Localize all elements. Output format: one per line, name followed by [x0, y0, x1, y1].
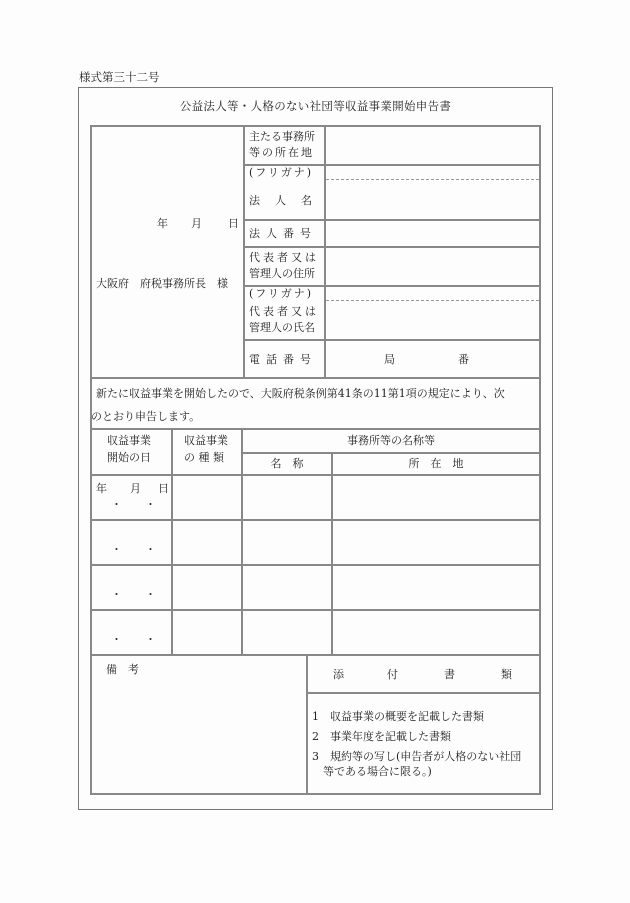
office-name-input[interactable]	[243, 520, 331, 564]
corp-furigana-label: (フリガナ)	[249, 165, 313, 180]
attachments-header-char: 添	[333, 667, 344, 682]
start-date-input[interactable]	[91, 520, 171, 564]
rep-furigana-label: (フリガナ)	[249, 286, 313, 301]
corp-number-input[interactable]	[326, 220, 539, 246]
date-year-label: 年	[157, 216, 168, 231]
office-name-input[interactable]	[243, 610, 331, 654]
attachments-header-char: 書	[444, 667, 455, 682]
rep-name-input[interactable]	[326, 302, 539, 339]
col-start-date-label-1: 収益事業	[107, 433, 151, 448]
start-date-input[interactable]	[91, 475, 171, 519]
start-date-input[interactable]	[91, 565, 171, 609]
corp-name-label: 法 人 名	[249, 193, 314, 208]
corp-number-label: 法人番号	[249, 226, 317, 241]
col-office-group-label: 事務所等の名称等	[242, 433, 540, 448]
attachment-item-1: 1 収益事業の概要を記載した書類	[312, 709, 484, 724]
date-month-label: 月	[191, 216, 202, 231]
phone-label: 電話番号	[249, 352, 317, 367]
corp-furigana-input[interactable]	[326, 165, 539, 179]
rep-address-label-1: 代表者又は	[249, 250, 319, 265]
form-title: 公益法人等・人格のない社団等収益事業開始申告書	[78, 98, 553, 114]
attachments-header-char: 付	[387, 667, 398, 682]
attachments-header-char: 類	[501, 667, 512, 682]
rep-name-label-1: 代表者又は	[249, 304, 319, 319]
attachment-item-2: 2 事業年度を記載した書類	[312, 729, 451, 744]
col-type-label-2: の 種 類	[184, 450, 224, 465]
office-location-input[interactable]	[333, 565, 539, 609]
business-type-input[interactable]	[173, 520, 241, 564]
office-location-input[interactable]	[333, 475, 539, 519]
attachment-item-3: 3 規約等の写し(申告者が人格のない社団	[312, 749, 521, 764]
form-number: 様式第三十二号	[79, 69, 160, 85]
rep-furigana-input[interactable]	[326, 286, 539, 300]
rep-name-label-2: 管理人の氏名	[249, 320, 315, 335]
addressee: 大阪府 府税事務所長 様	[96, 276, 228, 291]
phone-input[interactable]	[326, 340, 539, 377]
attachment-item-3-cont: 等である場合に限る。)	[312, 764, 432, 779]
office-location-label-2: 等の所在地	[249, 145, 314, 160]
remarks-input[interactable]	[91, 680, 305, 792]
declaration-line-2: のとおり申告します。	[91, 409, 200, 424]
business-type-input[interactable]	[173, 475, 241, 519]
col-start-date-label-2: 開始の日	[107, 450, 151, 465]
office-location-label-1: 主たる事務所	[249, 129, 315, 144]
business-type-input[interactable]	[173, 610, 241, 654]
col-location-label: 所 在 地	[332, 456, 540, 471]
rep-address-label-2: 管理人の住所	[249, 266, 315, 281]
remarks-label: 備 考	[106, 662, 139, 677]
col-type-label-1: 収益事業	[184, 433, 228, 448]
business-type-input[interactable]	[173, 565, 241, 609]
declaration-line-1: 新たに収益事業を開始したので、大阪府税条例第41条の11第1項の規定により、次	[96, 386, 505, 401]
corp-name-input[interactable]	[326, 181, 539, 219]
office-location-input[interactable]	[333, 610, 539, 654]
start-date-input[interactable]	[91, 610, 171, 654]
office-location-input[interactable]	[326, 126, 539, 164]
office-name-input[interactable]	[243, 475, 331, 519]
date-day-label: 日	[228, 216, 239, 231]
office-location-input[interactable]	[333, 520, 539, 564]
rep-address-input[interactable]	[326, 247, 539, 285]
col-name-label: 名 称	[242, 456, 332, 471]
office-name-input[interactable]	[243, 565, 331, 609]
